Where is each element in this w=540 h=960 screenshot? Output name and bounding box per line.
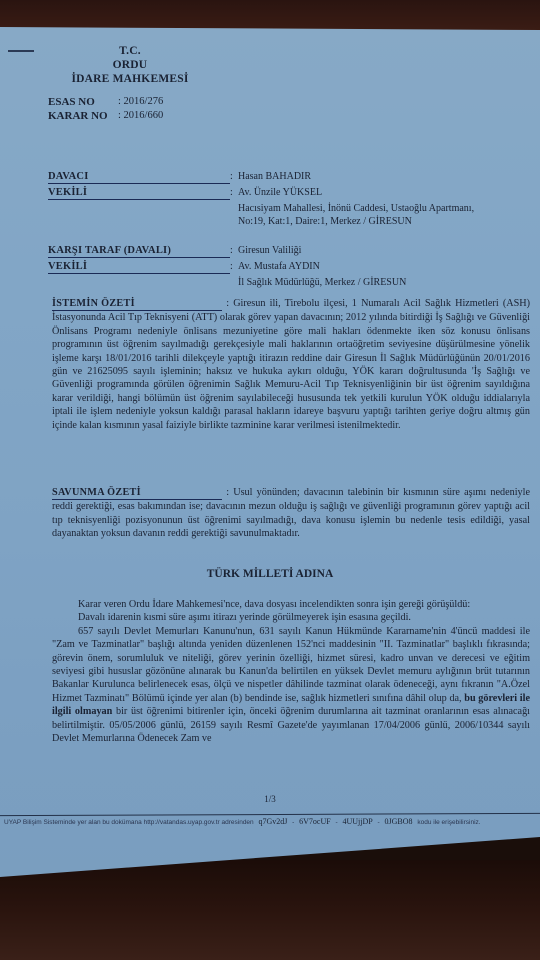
footer-text-left: UYAP Bilişim Sisteminde yer alan bu dokü… [4,819,254,826]
defendant-block: KARŞI TARAF (DAVALI) : Giresun Valiliği … [48,244,406,289]
karar-no-label: KARAR NO [48,109,118,123]
table-surface-bottom [0,860,540,960]
margin-dash [8,50,34,52]
esas-no-label: ESAS NO [48,95,118,109]
plaintiff-address-line1: Hacısiyam Mahallesi, İnönü Caddesi, Usta… [48,202,474,215]
plaintiff-attorney: Av. Ünzile YÜKSEL [238,186,322,199]
defense-summary: SAVUNMA ÖZETİ : Usul yönünden; davacının… [52,486,530,541]
footer-code-4: 0JGBO8 [385,817,413,826]
decision-body: Karar veren Ordu İdare Mahkemesi'nce, da… [52,598,530,745]
claim-summary: İSTEMİN ÖZETİ : Giresun ili, Tirebolu il… [52,297,530,432]
court-header: T.C. ORDU İDARE MAHKEMESİ [55,44,205,86]
page-number: 1/3 [0,794,540,804]
decision-paragraph-3-text-b: bir üst öğrenimi bitirenler için, önceki… [52,706,530,744]
decision-paragraph-1: Karar veren Ordu İdare Mahkemesi'nce, da… [52,598,530,611]
footer-code-3: 4UUjjDP [343,817,373,826]
defendant-name: Giresun Valiliği [238,244,301,257]
decision-paragraph-3-text-a: 657 sayılı Devlet Memurları Kanunu'nun, … [52,626,530,704]
court-name: İDARE MAHKEMESİ [55,72,205,86]
defendant-address: İl Sağlık Müdürlüğü, Merkez / GİRESUN [48,276,406,289]
defense-summary-label: SAVUNMA ÖZETİ [52,486,222,500]
plaintiff-label: DAVACI [48,170,230,184]
table-surface-top [0,0,540,30]
karar-no-value: : 2016/660 [118,109,163,123]
claim-summary-label: İSTEMİN ÖZETİ [52,297,222,311]
footer-text-right: kodu ile erişebilirsiniz. [417,819,480,826]
decision-heading: TÜRK MİLLETİ ADINA [0,568,540,580]
defendant-label: KARŞI TARAF (DAVALI) [48,244,230,258]
plaintiff-name: Hasan BAHADIR [238,170,311,183]
decision-paragraph-3: 657 sayılı Devlet Memurları Kanunu'nun, … [52,625,530,746]
defendant-attorney-label: VEKİLİ [48,260,230,274]
plaintiff-attorney-label: VEKİLİ [48,186,230,200]
plaintiff-address-line2: No:19, Kat:1, Daire:1, Merkez / GİRESUN [48,215,474,228]
court-decision-page: T.C. ORDU İDARE MAHKEMESİ ESAS NO : 2016… [0,27,540,877]
footer-code-2: 6V7ocUF [299,817,331,826]
defendant-attorney: Av. Mustafa AYDIN [238,260,320,273]
claim-summary-text: : Giresun ili, Tirebolu ilçesi, 1 Numara… [52,298,530,431]
esas-no-value: : 2016/276 [118,95,163,109]
case-numbers: ESAS NO : 2016/276 KARAR NO : 2016/660 [48,95,163,123]
footer-code-1: q7Gv2dJ [258,817,287,826]
city-label: ORDU [55,58,205,72]
footer-divider [0,813,540,816]
uyap-footer: UYAP Bilişim Sisteminde yer alan bu dokü… [4,817,481,826]
plaintiff-block: DAVACI : Hasan BAHADIR VEKİLİ : Av. Ünzi… [48,170,474,228]
decision-paragraph-2: Davalı idarenin kısmi süre aşımı itirazı… [52,611,530,624]
country-label: T.C. [55,44,205,58]
